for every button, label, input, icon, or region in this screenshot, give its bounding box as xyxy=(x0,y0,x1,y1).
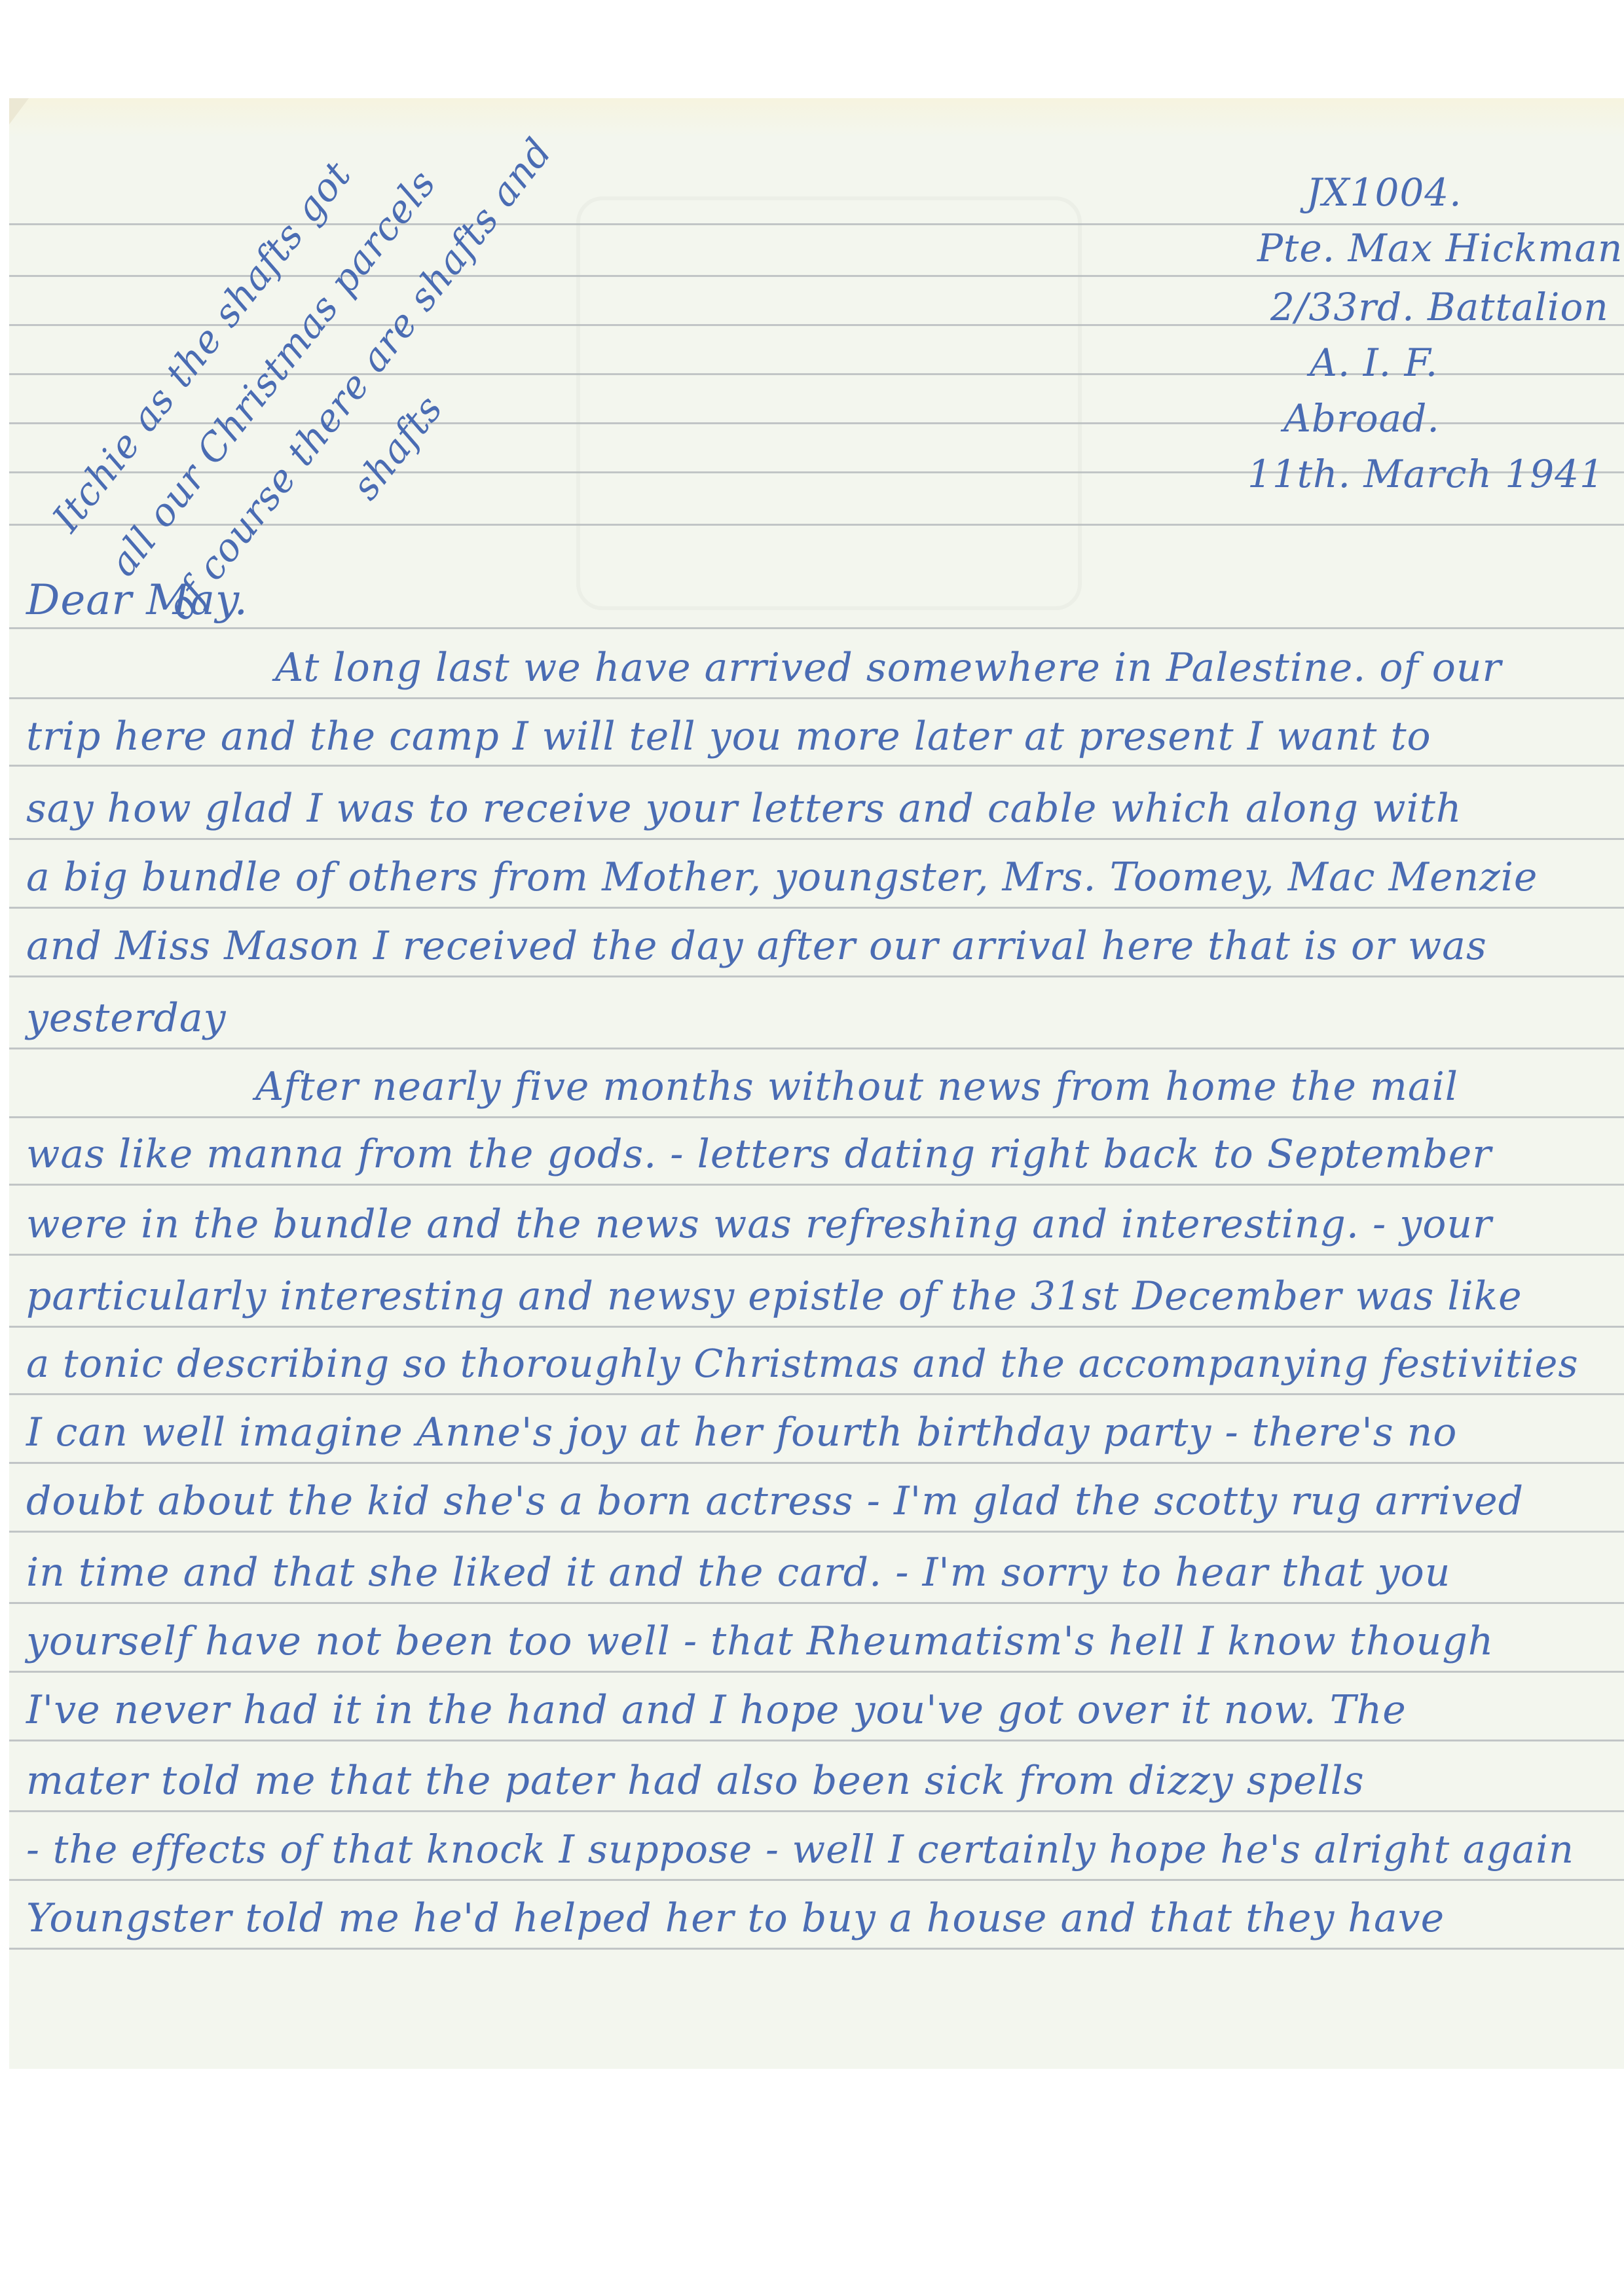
body-line: were in the bundle and the news was refr… xyxy=(26,1201,1492,1247)
sender-name: Pte. Max Hickman xyxy=(1257,226,1623,270)
salutation: Dear May. xyxy=(26,576,248,625)
body-line: a big bundle of others from Mother, youn… xyxy=(26,854,1538,900)
body-line: After nearly five months without news fr… xyxy=(255,1064,1458,1110)
ruled-line xyxy=(9,1462,1624,1464)
body-line: was like manna from the gods. - letters … xyxy=(26,1131,1492,1177)
body-line: mater told me that the pater had also be… xyxy=(26,1758,1365,1804)
body-line: At long last we have arrived somewhere i… xyxy=(275,645,1502,691)
ruled-line xyxy=(9,1810,1624,1812)
ruled-line xyxy=(9,1602,1624,1604)
sender-unit: 2/33rd. Battalion xyxy=(1270,285,1609,329)
ruled-line xyxy=(9,1048,1624,1049)
ruled-line xyxy=(9,907,1624,909)
ruled-line xyxy=(9,1116,1624,1118)
service-number: JX1004. xyxy=(1306,170,1462,215)
ruled-line xyxy=(9,1740,1624,1741)
body-line: in time and that she liked it and the ca… xyxy=(26,1550,1450,1595)
ruled-line xyxy=(9,838,1624,840)
body-line: yourself have not been too well - that R… xyxy=(26,1618,1494,1664)
body-line: Youngster told me he'd helped her to buy… xyxy=(26,1895,1445,1941)
ruled-line xyxy=(9,1184,1624,1186)
body-line: yesterday xyxy=(26,995,227,1041)
ruled-line xyxy=(9,1326,1624,1328)
ruled-line xyxy=(9,1254,1624,1256)
body-line: a tonic describing so thoroughly Christm… xyxy=(26,1341,1579,1386)
body-line: - the effects of that knock I suppose - … xyxy=(26,1827,1574,1872)
sender-location: Abroad. xyxy=(1283,396,1440,441)
ruled-line xyxy=(9,697,1624,699)
body-line: I can well imagine Anne's joy at her fou… xyxy=(26,1410,1457,1455)
ruled-line xyxy=(9,1671,1624,1673)
body-line: I've never had it in the hand and I hope… xyxy=(26,1687,1407,1733)
letter-date: 11th. March 1941 xyxy=(1247,452,1604,496)
sender-force: A. I. F. xyxy=(1310,340,1438,385)
body-line: particularly interesting and newsy epist… xyxy=(26,1273,1522,1319)
body-line: trip here and the camp I will tell you m… xyxy=(26,714,1431,759)
ruled-line xyxy=(9,1948,1624,1950)
body-line: and Miss Mason I received the day after … xyxy=(26,923,1487,969)
ruled-line xyxy=(9,1879,1624,1881)
ruled-line xyxy=(9,1531,1624,1533)
ruled-line xyxy=(9,1393,1624,1395)
ruled-line xyxy=(9,975,1624,977)
watermark-crest xyxy=(576,196,1082,610)
body-line: say how glad I was to receive your lette… xyxy=(26,786,1462,831)
body-line: doubt about the kid she's a born actress… xyxy=(26,1478,1524,1524)
ruled-line xyxy=(9,765,1624,767)
